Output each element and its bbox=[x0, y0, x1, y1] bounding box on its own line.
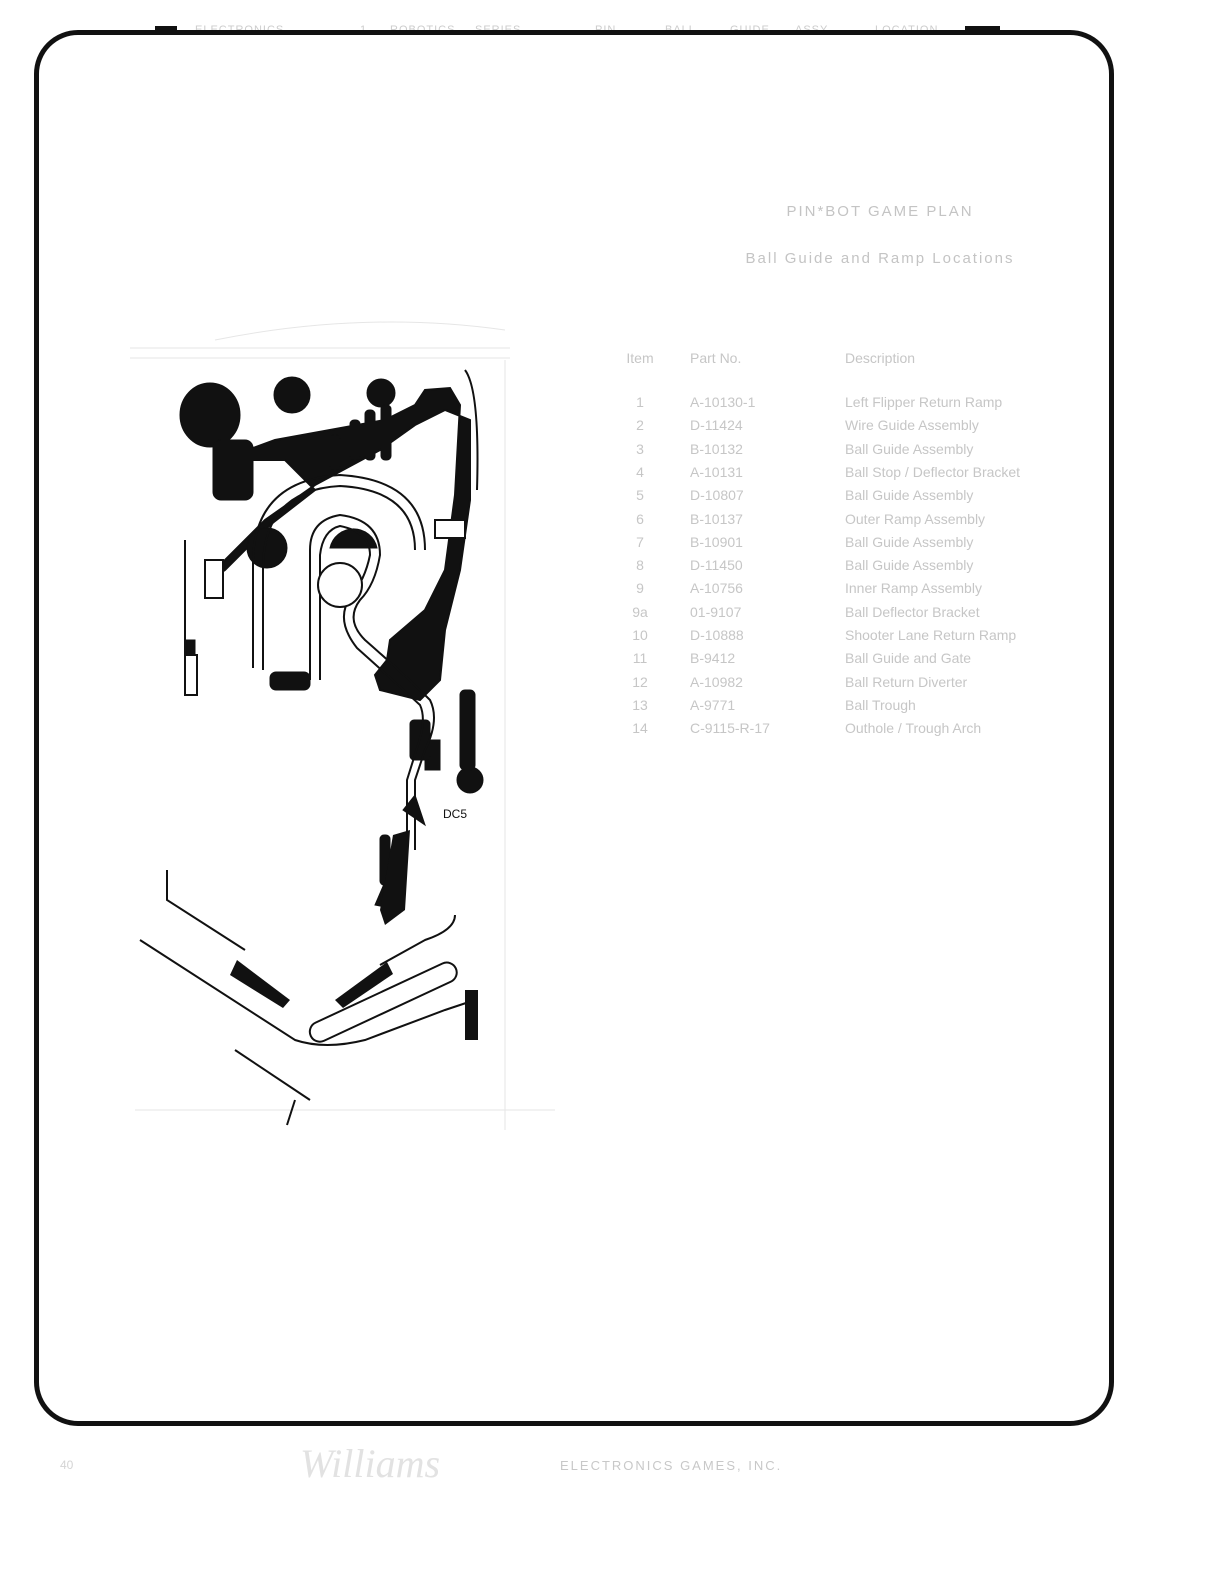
part-description: Ball Return Diverter bbox=[845, 674, 1105, 690]
part-number: D-10888 bbox=[690, 627, 830, 643]
table-row: 7B-10901Ball Guide Assembly bbox=[620, 534, 1100, 554]
part-description: Outhole / Trough Arch bbox=[845, 720, 1105, 736]
part-description: Ball Guide Assembly bbox=[845, 557, 1105, 573]
item-number: 9 bbox=[620, 580, 660, 596]
part-number: B-10137 bbox=[690, 511, 830, 527]
item-number: 6 bbox=[620, 511, 660, 527]
part-number: D-11424 bbox=[690, 417, 830, 433]
part-description: Outer Ramp Assembly bbox=[845, 511, 1105, 527]
part-number: A-9771 bbox=[690, 697, 830, 713]
table-row: 2D-11424Wire Guide Assembly bbox=[620, 417, 1100, 437]
williams-logo: Williams bbox=[300, 1440, 440, 1487]
table-row: 9A-10756Inner Ramp Assembly bbox=[620, 580, 1100, 600]
item-number: 11 bbox=[620, 650, 660, 666]
part-number: D-11450 bbox=[690, 557, 830, 573]
table-row: 13A-9771Ball Trough bbox=[620, 697, 1100, 717]
part-number: A-10756 bbox=[690, 580, 830, 596]
item-number: 1 bbox=[620, 394, 660, 410]
page-subtitle: Ball Guide and Ramp Locations bbox=[700, 250, 1060, 267]
table-row: 14C-9115-R-17Outhole / Trough Arch bbox=[620, 720, 1100, 740]
part-number: B-10901 bbox=[690, 534, 830, 550]
col-item: Item bbox=[620, 350, 660, 366]
callout-label: DC5 bbox=[443, 807, 467, 821]
part-number: 01-9107 bbox=[690, 604, 830, 620]
table-row: 3B-10132Ball Guide Assembly bbox=[620, 441, 1100, 461]
part-number: D-10807 bbox=[690, 487, 830, 503]
company-name: ELECTRONICS GAMES, INC. bbox=[560, 1458, 782, 1473]
item-number: 13 bbox=[620, 697, 660, 713]
part-description: Shooter Lane Return Ramp bbox=[845, 627, 1105, 643]
item-number: 4 bbox=[620, 464, 660, 480]
part-description: Ball Guide Assembly bbox=[845, 534, 1105, 550]
item-number: 7 bbox=[620, 534, 660, 550]
table-header: Item Part No. Description bbox=[620, 350, 1100, 370]
page-number: 40 bbox=[60, 1458, 73, 1472]
page-title: PIN*BOT GAME PLAN bbox=[700, 203, 1060, 220]
part-description: Wire Guide Assembly bbox=[845, 417, 1105, 433]
footer: 40 Williams ELECTRONICS GAMES, INC. bbox=[60, 1440, 910, 1490]
item-number: 3 bbox=[620, 441, 660, 457]
part-description: Ball Stop / Deflector Bracket bbox=[845, 464, 1105, 480]
col-description: Description bbox=[845, 350, 1105, 366]
part-description: Inner Ramp Assembly bbox=[845, 580, 1105, 596]
item-number: 2 bbox=[620, 417, 660, 433]
part-description: Ball Deflector Bracket bbox=[845, 604, 1105, 620]
table-row: 10D-10888Shooter Lane Return Ramp bbox=[620, 627, 1100, 647]
item-number: 5 bbox=[620, 487, 660, 503]
part-number: B-9412 bbox=[690, 650, 830, 666]
part-description: Ball Guide Assembly bbox=[845, 441, 1105, 457]
part-number: A-10982 bbox=[690, 674, 830, 690]
table-row: 8D-11450Ball Guide Assembly bbox=[620, 557, 1100, 577]
table-row: 11B-9412Ball Guide and Gate bbox=[620, 650, 1100, 670]
table-row: 4A-10131Ball Stop / Deflector Bracket bbox=[620, 464, 1100, 484]
part-number: A-10130-1 bbox=[690, 394, 830, 410]
part-description: Ball Guide Assembly bbox=[845, 487, 1105, 503]
part-description: Ball Guide and Gate bbox=[845, 650, 1105, 666]
part-description: Ball Trough bbox=[845, 697, 1105, 713]
col-part: Part No. bbox=[690, 350, 830, 366]
table-row: 5D-10807Ball Guide Assembly bbox=[620, 487, 1100, 507]
table-row: 9a01-9107Ball Deflector Bracket bbox=[620, 604, 1100, 624]
table-row: 12A-10982Ball Return Diverter bbox=[620, 674, 1100, 694]
item-number: 9a bbox=[620, 604, 660, 620]
playfield-diagram: DC5 bbox=[125, 310, 565, 1150]
table-row: 6B-10137Outer Ramp Assembly bbox=[620, 511, 1100, 531]
part-number: C-9115-R-17 bbox=[690, 720, 830, 736]
item-number: 14 bbox=[620, 720, 660, 736]
part-description: Left Flipper Return Ramp bbox=[845, 394, 1105, 410]
part-number: B-10132 bbox=[690, 441, 830, 457]
part-number: A-10131 bbox=[690, 464, 830, 480]
item-number: 10 bbox=[620, 627, 660, 643]
item-number: 8 bbox=[620, 557, 660, 573]
item-number: 12 bbox=[620, 674, 660, 690]
table-row: 1A-10130-1Left Flipper Return Ramp bbox=[620, 394, 1100, 414]
